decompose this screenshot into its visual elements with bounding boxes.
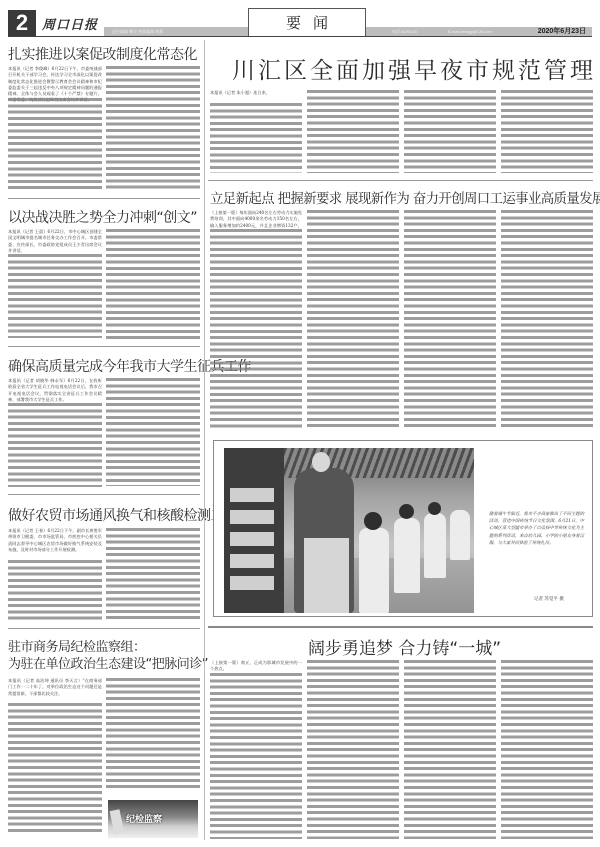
section-title: 要闻 [248, 8, 366, 36]
child-in-hanfu [424, 513, 446, 578]
article-bottom-col4 [501, 660, 593, 839]
headline-top-main: 川汇区全面加强早夜市规范管理 [232, 52, 596, 85]
child-in-hanfu [359, 528, 389, 613]
child-in-hanfu [450, 510, 470, 560]
article-left-3-text-lines-2 [106, 378, 200, 486]
article-left-2-body: 本报讯（记者 王晨）6月22日，市中心城区创建全国文明城市提名城市任务交办工作会… [8, 229, 102, 253]
child-head [428, 502, 441, 515]
info-bar: 电话 8199103 E-mail:zkrbgg@126.com 2020年6月… [366, 27, 592, 36]
headline-middle-feature: 立足新起点 把握新要求 展现新作为 奋力开创周口工运事业高质量发展新局面 [210, 188, 600, 207]
article-middle-col3 [404, 210, 496, 429]
divider [8, 628, 200, 629]
article-middle-col2 [307, 210, 399, 429]
headline-left-2: 以决战决胜之势全力冲刺“创文” [8, 207, 197, 227]
article-bottom-lead: （上接第一版）商丘，正成为影城市发展中的一个热点。 [210, 660, 302, 672]
article-middle-lead: （上接第一版）每年面向240名左右劳动力实施免费培训，其中面向4000余名劳动力… [210, 210, 302, 228]
editor-bar: 责任编辑 鹏亮 校版编辑 晓燕 [104, 27, 248, 36]
editor-credits: 责任编辑 鹏亮 校版编辑 晓燕 [112, 29, 163, 35]
ad-banner[interactable]: 纪检监察 [108, 800, 198, 838]
paper-name: 周口日报 [42, 14, 98, 33]
ad-figure-icon [110, 809, 125, 835]
headline-bottom-main: 阔步勇追梦 合力铸“一城” [308, 634, 501, 659]
issue-date: 2020年6月23日 [538, 27, 586, 36]
article-left-2-text-lines-2 [106, 229, 200, 339]
article-left-3-text-lines [8, 403, 102, 487]
photo-frame: 随着端午节临近，我市不少商家推出了不同主题的活动，营造中国传统节日文化氛围。6月… [213, 440, 593, 617]
article-left-2-text-lines [8, 254, 102, 338]
hotline: 电话 8199103 [392, 29, 417, 35]
article-left-1-text-lines [8, 98, 102, 190]
article-left-5-body: 本报讯（记者 高治坤 通讯员 李天言）“在商务部门工作一二十年了，对单位政治生态… [8, 678, 102, 702]
headline-left-5-line2: 为驻在单位政治生态建设“把脉问诊” [8, 653, 208, 672]
article-left-5-text-lines [8, 703, 102, 833]
hanfu-skirt [304, 538, 349, 613]
divider [8, 346, 200, 347]
column-divider [204, 40, 205, 840]
headline-left-1: 扎实推进以案促改制度化常态化 [8, 44, 197, 64]
divider [208, 180, 593, 181]
photo-caption: 随着端午节临近，我市不少商家推出了不同主题的活动，营造中国传统节日文化氛围。6月… [489, 511, 584, 547]
woman-head [312, 452, 330, 472]
photo-credit: 记者 苏觉平 摄 [534, 596, 564, 602]
article-middle-col1 [210, 229, 302, 429]
article-bottom-col3 [404, 660, 496, 839]
child-head [364, 512, 382, 530]
article-left-1-text-lines-2 [106, 66, 200, 190]
article-bottom-col2 [307, 660, 399, 839]
article-left-4-text-lines [8, 560, 102, 620]
ad-title: 纪检监察 [126, 812, 162, 825]
child-in-hanfu [394, 518, 420, 593]
article-left-3-body: 本报讯（记者 胡晓华 韩永军）6月22日，在收听收看全省大学生征兵工作电视电话会… [8, 378, 102, 402]
article-top-main-col4 [501, 90, 593, 173]
email: E-mail:zkrbgg@126.com [448, 29, 492, 34]
masthead: 2 周口日报 责任编辑 鹏亮 校版编辑 晓燕 要闻 电话 8199103 E-m… [8, 8, 592, 36]
page-number: 2 [8, 10, 36, 36]
article-top-main-col3 [404, 90, 496, 173]
divider [8, 198, 200, 199]
article-left-4-body: 本报讯（记者 王春）6月22日下午，副市长黄胜军带领市卫健委、市市场监管局、市疾… [8, 528, 102, 558]
article-top-main-col1 [210, 103, 302, 173]
article-left-4-text-lines-2 [106, 528, 200, 620]
advertising-board [224, 448, 284, 613]
divider [208, 626, 593, 628]
article-middle-col4 [501, 210, 593, 429]
masthead-rule [8, 36, 592, 37]
article-left-5-text-lines-2 [106, 678, 200, 790]
child-head [399, 504, 414, 519]
news-photo[interactable] [224, 448, 474, 613]
article-bottom-col1 [210, 673, 302, 839]
article-top-main-col2 [307, 90, 399, 173]
divider [8, 494, 200, 495]
